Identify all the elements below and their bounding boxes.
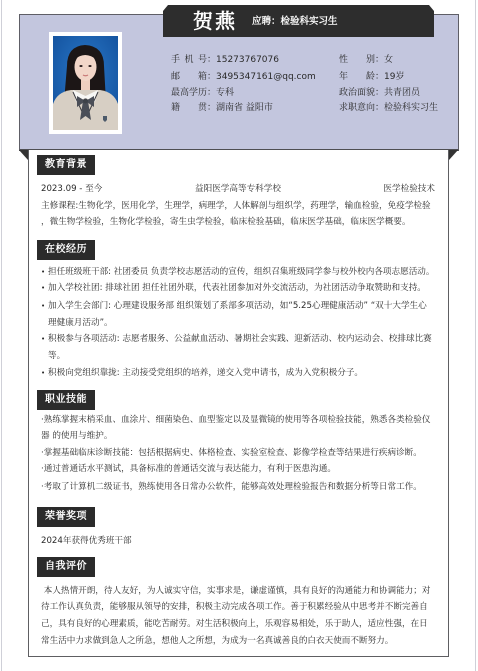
experience-item: 加入学生会部门: 心理建设服务部 组织策划了系部多项活动，如“5.25心理健康活…	[48, 300, 427, 312]
experience-item: 积极向党组织靠拢: 主动接受党组织的培养，递交入党申请书，成为入党积极分子。	[48, 367, 363, 379]
info-label: 手机号	[171, 54, 207, 66]
political-status-value: 共青团员	[384, 88, 420, 98]
education-period: 2023.09 - 至今	[41, 183, 102, 195]
info-phone: 手机号：15273767076	[171, 54, 279, 66]
skill-item: ·掌握基础临床诊断技能：包括根据病史、体格检查、实验室检查、影像学检查等结果进行…	[41, 447, 422, 459]
info-label: 籍贯	[171, 102, 207, 114]
profile-photo	[49, 32, 122, 134]
corner-decoration-left	[19, 150, 28, 160]
honor-item: 2024年获得优秀班干部	[41, 535, 132, 547]
candidate-name: 贺燕	[193, 8, 237, 34]
info-label: 邮箱	[171, 71, 207, 83]
info-label: 政治面貌	[339, 87, 375, 99]
experience-item-continued: 等。	[48, 350, 65, 362]
section-title-skills: 职业技能	[37, 390, 95, 410]
experience-item-continued: 理健康月活动”。	[48, 317, 113, 329]
info-job-objective: 求职意向：检验科实习生	[339, 102, 438, 114]
experience-item: 加入学校社团: 排球社团 担任社团外联，代表社团参加对外交流活动，为社团活动争取…	[48, 282, 426, 294]
name-banner: 贺燕 应聘：检验科实习生	[163, 5, 434, 37]
hometown-value: 湖南省 益阳市	[216, 103, 273, 113]
education-courses-line: 主修课程:生物化学，医用化学，生理学，病理学，人体解剖与组织学，药理学，输血检验…	[41, 200, 431, 212]
info-label: 年龄	[339, 71, 375, 83]
page-edge-right	[475, 0, 476, 671]
section-title-self-evaluation: 自我评价	[37, 557, 95, 577]
experience-item: 积极参与各项活动: 志愿者服务、公益献血活动、暑期社会实践、迎新活动、校内运动会…	[48, 333, 432, 345]
education-level-value: 专科	[216, 88, 234, 98]
bullet-icon: •	[41, 367, 45, 379]
info-age: 年龄：19岁	[339, 71, 404, 83]
skill-item: ·通过普通话水平测试，具备标准的普通话交流与表达能力，有利于医患沟通。	[41, 463, 336, 475]
self-evaluation-line: 己，具有良好的心理素质，能吃苦耐劳。对生活积极向上，乐观容易相处，乐于助人，适应…	[41, 618, 428, 630]
section-title-honors: 荣誉奖项	[37, 507, 95, 527]
section-title-experience: 在校经历	[37, 240, 95, 260]
bullet-icon: •	[41, 282, 45, 294]
experience-item: 担任班级班干部: 社团委员 负责学校志愿活动的宣传，组织召集班级同学参与校外校内…	[48, 266, 435, 278]
info-label: 性别	[339, 54, 375, 66]
education-school: 益阳医学高等专科学校	[195, 183, 281, 195]
section-title-education: 教育背景	[37, 155, 95, 175]
self-evaluation-line: 本人热情开朗，待人友好，为人诚实守信，实事求是，谦虚谨慎，具有良好的沟通能力和协…	[41, 585, 430, 597]
portrait-image	[53, 36, 118, 130]
skill-item-continued: 器 的使用与维护。	[41, 430, 112, 442]
corner-decoration-right	[449, 150, 458, 160]
gender-value: 女	[384, 55, 393, 65]
phone-value: 15273767076	[216, 55, 279, 65]
bullet-icon: •	[41, 333, 45, 345]
info-political-status: 政治面貌：共青团员	[339, 87, 420, 99]
email-value: 3495347161@qq.com	[216, 72, 316, 82]
self-evaluation-line: 待工作认真负责，能够服从领导的安排，积极主动完成各项工作。善于积累经验从中思考并…	[41, 601, 428, 613]
info-label: 求职意向	[339, 102, 375, 114]
bullet-icon: •	[41, 300, 45, 312]
page-edge-left	[1, 0, 2, 671]
self-evaluation-line: 常生活中力求做到急人之所急，想他人之所想，为成为一名真诚善良的白衣天使而不断努力…	[41, 635, 393, 647]
education-courses-line: ，微生物学检验，生物化学检验，寄生虫学检验，临床检验基础，临床医学基础，临床医学…	[41, 216, 411, 228]
skill-item: ·熟练掌握末梢采血、血涂片、细菌染色、血型鉴定以及显微镜的使用等各项检验技能，熟…	[41, 414, 430, 426]
info-gender: 性别：女	[339, 54, 393, 66]
info-education-level: 最高学历：专科	[171, 87, 234, 99]
info-label: 最高学历	[171, 87, 207, 99]
education-major: 医学检验技术	[383, 183, 435, 195]
info-email: 邮箱：3495347161@qq.com	[171, 71, 316, 83]
age-value: 19岁	[384, 72, 404, 82]
skill-item: ·考取了计算机二级证书，熟练使用各日常办公软件，能够高效处理检验报告和数据分析等…	[41, 481, 422, 493]
bullet-icon: •	[41, 266, 45, 278]
job-objective-value: 检验科实习生	[384, 103, 438, 113]
applied-position: 应聘：检验科实习生	[252, 15, 338, 29]
info-hometown: 籍贯：湖南省 益阳市	[171, 102, 273, 114]
